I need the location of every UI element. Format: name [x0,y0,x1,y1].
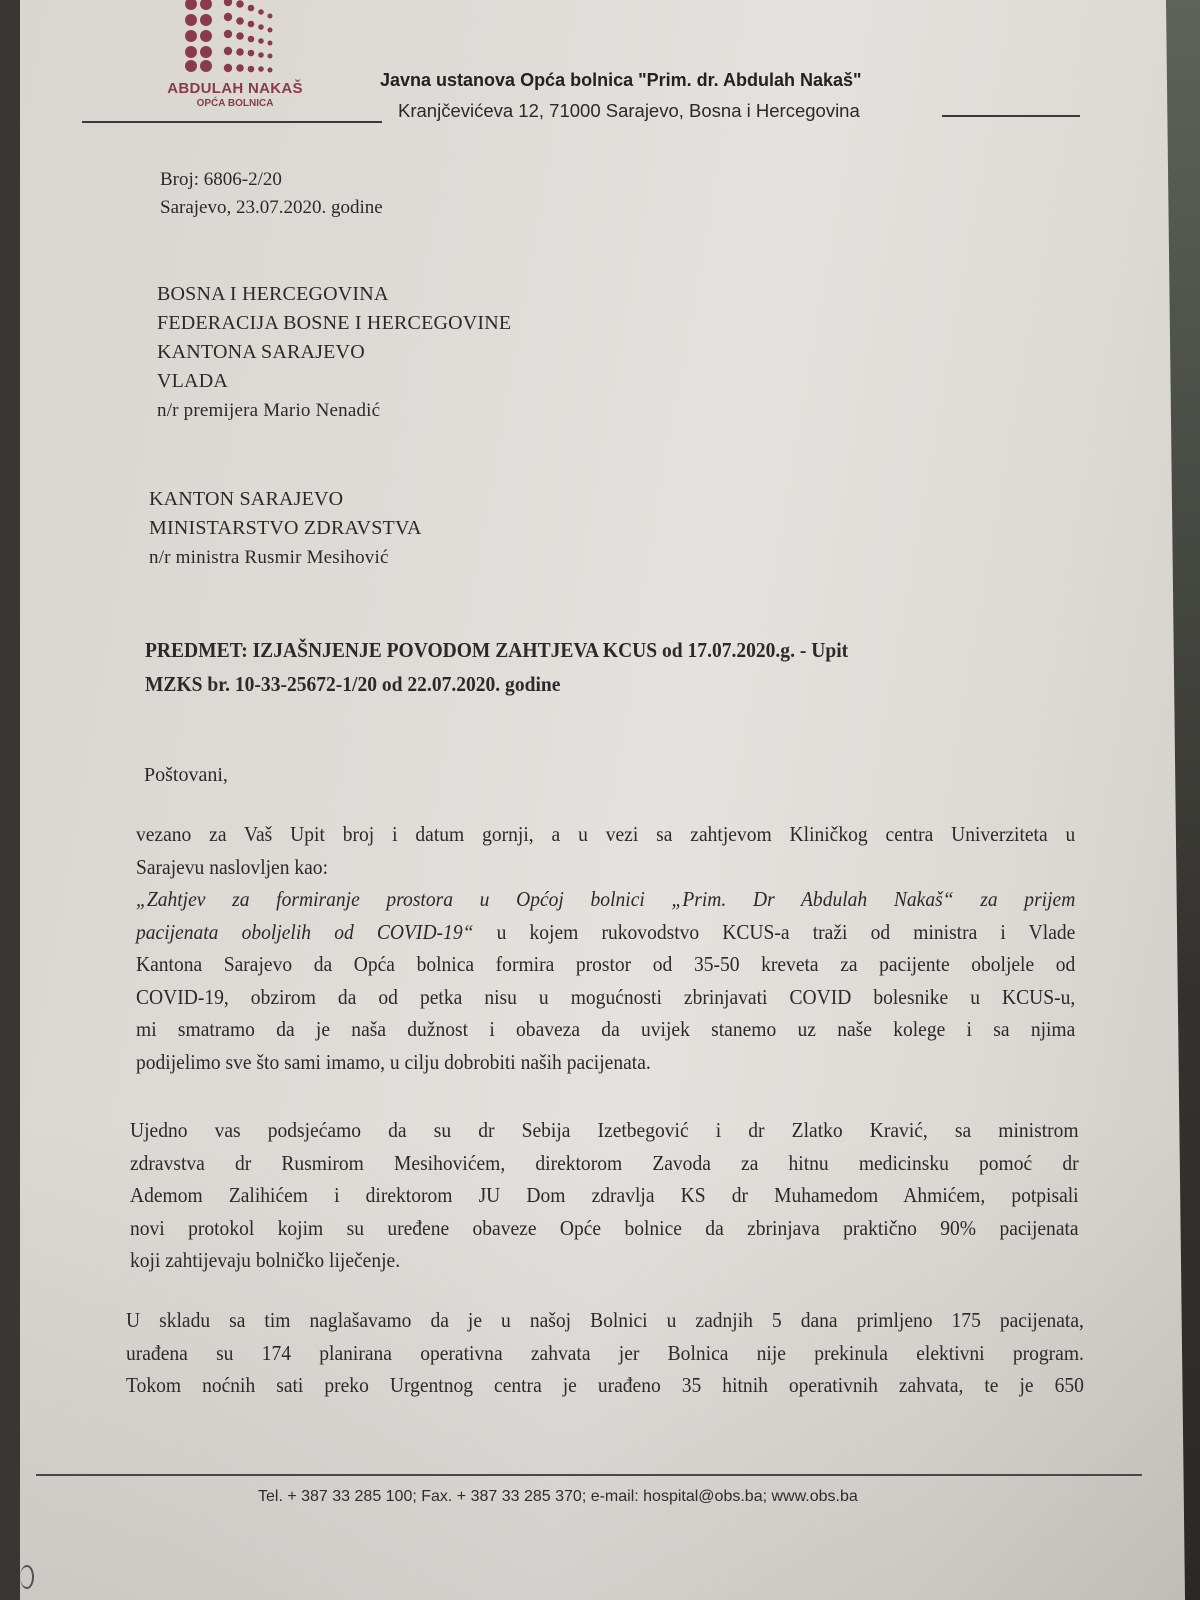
footer-contact: Tel. + 387 33 285 100; Fax. + 387 33 285… [258,1488,858,1506]
footer-rule [36,1474,1142,1476]
recipient-1: BOSNA I HERCEGOVINA FEDERACIJA BOSNE I H… [157,280,511,425]
paragraph-line: novi protokol kojim su uređene obaveze O… [130,1212,1079,1245]
recipient-line: n/r premijera Mario Nenadić [157,396,511,425]
subject-line-2: MZKS br. 10-33-25672-1/20 od 22.07.2020.… [145,667,848,701]
quoted-title: „Zahtjev za formiranje prostora u Općoj … [136,887,1075,911]
paragraph-line: mi smatramo da je naša dužnost i obaveza… [136,1013,1075,1046]
paragraph-line: COVID-19, obzirom da od petka nisu u mog… [136,981,1075,1014]
recipient-line: VLADA [157,367,511,396]
header-rule-right [942,115,1080,117]
recipient-2: KANTON SARAJEVO MINISTARSTVO ZDRAVSTVA n… [149,485,422,572]
recipient-line: FEDERACIJA BOSNE I HERCEGOVINE [157,309,511,338]
logo-dots-icon [178,0,298,80]
paragraph-line: Kantona Sarajevo da Opća bolnica formira… [136,948,1075,981]
logo-subtitle: OPĆA BOLNICA [150,98,320,109]
paragraph-line: zdravstva dr Rusmirom Mesihovićem, direk… [130,1147,1079,1180]
institution-address: Kranjčevićeva 12, 71000 Sarajevo, Bosna … [398,100,860,122]
recipient-line: KANTON SARAJEVO [149,485,422,514]
paragraph-line: Tokom noćnih sati preko Urgentnog centra… [126,1369,1084,1402]
paragraph-3: U skladu sa tim naglašavamo da je u našo… [126,1304,1084,1402]
document-number: Broj: 6806-2/20 [160,166,282,194]
greeting: Poštovani, [144,764,228,787]
paragraph-line: Sarajevu naslovljen kao: [136,851,1075,884]
paragraph-line-quote: „Zahtjev za formiranje prostora u Općoj … [136,883,1075,916]
recipient-line: BOSNA I HERCEGOVINA [157,280,511,309]
recipient-line: KANTONA SARAJEVO [157,338,511,367]
paragraph-line: Ademom Zalihićem i direktorom JU Dom zdr… [130,1179,1079,1212]
paragraph-line: U skladu sa tim naglašavamo da je u našo… [126,1304,1084,1337]
paragraph-line-quote: pacijenata oboljelih od COVID-19“ u koje… [136,916,1075,949]
subject-line-1: PREDMET: IZJAŠNJENJE POVODOM ZAHTJEVA KC… [145,633,848,667]
paragraph-line: podijelimo sve što sami imamo, u cilju d… [136,1046,1075,1079]
institution-name: Javna ustanova Opća bolnica "Prim. dr. A… [380,70,862,91]
paragraph-line: vezano za Vaš Upit broj i datum gornji, … [136,818,1075,851]
header-rule-left [82,121,382,123]
document-date: Sarajevo, 23.07.2020. godine [160,194,383,222]
hospital-logo: ABDULAH NAKAŠ OPĆA BOLNICA [150,0,320,110]
recipient-line: MINISTARSTVO ZDRAVSTVA [149,514,422,543]
letter-page: ABDULAH NAKAŠ OPĆA BOLNICA Javna ustanov… [20,0,1195,1600]
paragraph-line: koji zahtijevaju bolničko liječenje. [130,1244,1079,1277]
paragraph-text: u kojem rukovodstvo KCUS-a traži od mini… [473,920,1075,944]
pen-mark-icon [20,1565,34,1589]
paragraph-2: Ujedno vas podsjećamo da su dr Sebija Iz… [130,1114,1079,1277]
logo-name: ABDULAH NAKAŠ [150,80,320,97]
subject: PREDMET: IZJAŠNJENJE POVODOM ZAHTJEVA KC… [145,633,848,701]
paragraph-1: vezano za Vaš Upit broj i datum gornji, … [136,818,1075,1078]
paragraph-line: Ujedno vas podsjećamo da su dr Sebija Iz… [130,1114,1079,1147]
quoted-title: pacijenata oboljelih od COVID-19“ [136,920,473,944]
recipient-line: n/r ministra Rusmir Mesihović [149,543,422,572]
paragraph-line: urađena su 174 planirana operativna zahv… [126,1337,1084,1370]
